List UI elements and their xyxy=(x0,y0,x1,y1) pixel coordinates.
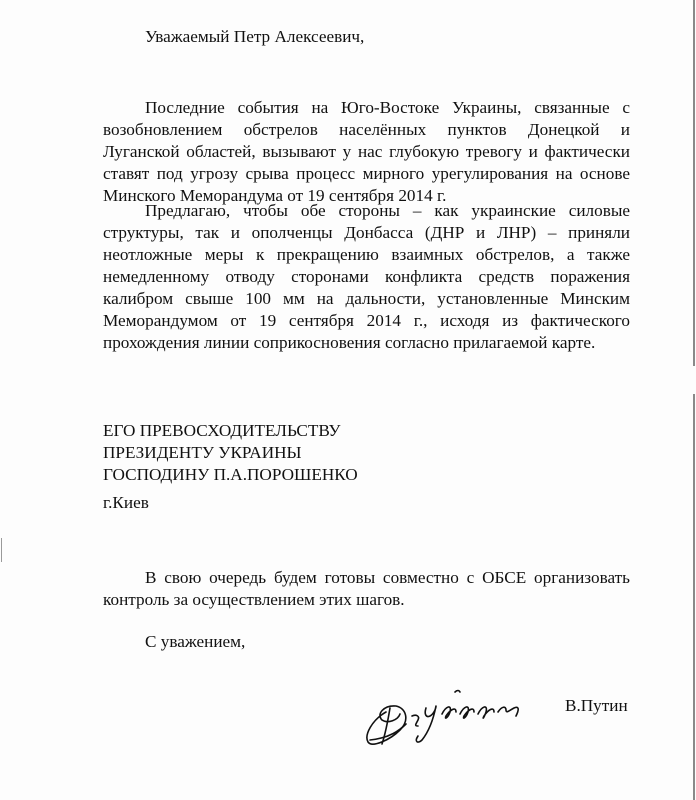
text-line: Меморандумом от 19 сентября 2014 г., исх… xyxy=(103,310,630,332)
addressee-position: ПРЕЗИДЕНТУ УКРАИНЫ xyxy=(103,442,358,464)
addressee-name: ГОСПОДИНУ П.А.ПОРОШЕНКО xyxy=(103,464,358,486)
page-edge-gap xyxy=(692,366,696,394)
paragraph-1: Последние события на Юго-Востоке Украины… xyxy=(103,97,630,207)
addressee-block: ЕГО ПРЕВОСХОДИТЕЛЬСТВУ ПРЕЗИДЕНТУ УКРАИН… xyxy=(103,420,358,514)
text-line: прохождения линии соприкосновения соглас… xyxy=(103,332,630,354)
addressee-city: г.Киев xyxy=(103,492,358,514)
letter-page: Уважаемый Петр Алексеевич, Последние соб… xyxy=(0,0,696,800)
text-line: структуры, так и ополченцы Донбасса (ДНР… xyxy=(103,222,630,244)
text-line: калибром свыше 100 мм на дальности, уста… xyxy=(103,288,630,310)
signature-icon xyxy=(360,680,560,750)
text-line: В свою очередь будем готовы совместно с … xyxy=(103,567,630,589)
text-line: неотложные меры к прекращению взаимных о… xyxy=(103,244,630,266)
text-line: Последние события на Юго-Востоке Украины… xyxy=(103,97,630,119)
text-line: Предлагаю, чтобы обе стороны – как украи… xyxy=(103,200,630,222)
salutation: Уважаемый Петр Алексеевич, xyxy=(145,26,364,48)
signatory-name: В.Путин xyxy=(565,695,628,717)
closing: С уважением, xyxy=(145,631,245,653)
text-line: контроль за осуществлением этих шагов. xyxy=(103,589,630,611)
paragraph-3: В свою очередь будем готовы совместно с … xyxy=(103,567,630,611)
text-line: немедленному отводу сторонами конфликта … xyxy=(103,266,630,288)
addressee-title: ЕГО ПРЕВОСХОДИТЕЛЬСТВУ xyxy=(103,420,358,442)
text-line: возобновлением обстрелов населённых пунк… xyxy=(103,119,630,141)
paragraph-2: Предлагаю, чтобы обе стороны – как украи… xyxy=(103,200,630,354)
scan-artifact-mark xyxy=(1,538,2,562)
text-line: ставят под угрозу срыва процесс мирного … xyxy=(103,163,630,185)
page-edge-line xyxy=(693,0,695,800)
text-line: Луганской областей, вызывают у нас глубо… xyxy=(103,141,630,163)
